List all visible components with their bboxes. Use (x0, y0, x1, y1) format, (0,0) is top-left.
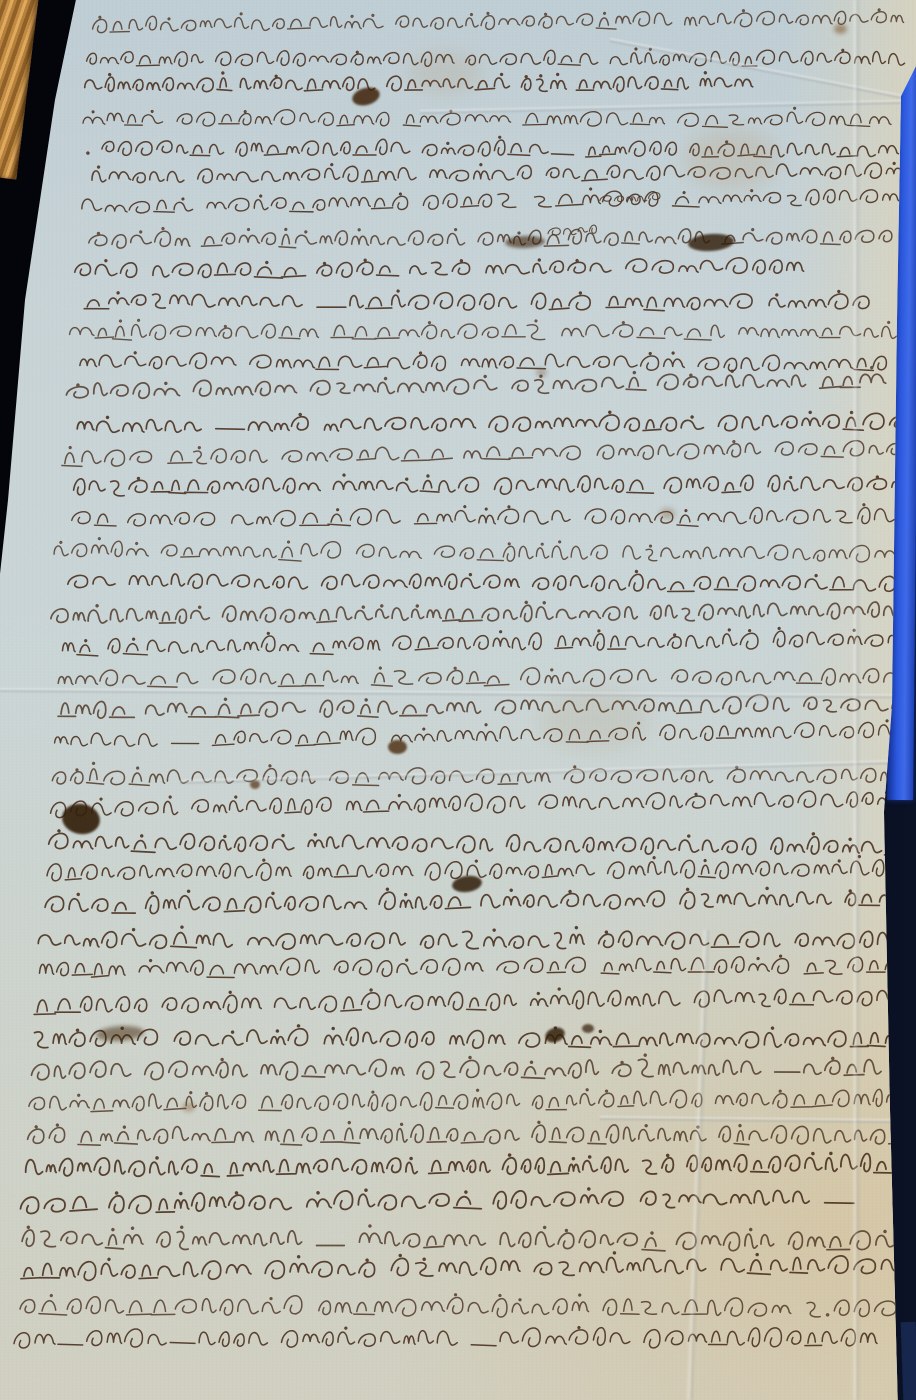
text-line (92, 160, 904, 184)
text-line (89, 224, 892, 249)
manuscript-page (0, 0, 916, 1400)
text-line (21, 1250, 899, 1281)
text-line (70, 319, 897, 340)
interlinear-note (600, 192, 660, 202)
text-line (31, 1053, 881, 1080)
book-binding-edge (0, 0, 39, 180)
text-line (20, 1292, 896, 1318)
text-line (14, 1326, 877, 1349)
text-line (51, 599, 899, 625)
text-line (54, 719, 896, 749)
text-line (87, 48, 905, 66)
text-line (77, 410, 904, 435)
text-line (87, 135, 899, 158)
text-line (72, 504, 895, 529)
text-line (22, 1224, 894, 1252)
text-line (47, 856, 900, 882)
text-line (49, 829, 903, 856)
text-line (83, 106, 891, 127)
text-line (52, 761, 896, 786)
text-line (58, 694, 906, 720)
text-line (82, 184, 899, 214)
text-line (66, 366, 886, 399)
text-line (29, 1087, 903, 1113)
text-line (75, 255, 804, 280)
text-line (39, 955, 905, 979)
text-line (84, 289, 869, 311)
text-line (85, 71, 753, 92)
text-line (38, 926, 894, 949)
text-line (62, 626, 900, 657)
text-line (74, 472, 907, 496)
text-line (68, 569, 895, 593)
text-line (34, 1025, 898, 1050)
manuscript-photo (0, 0, 916, 1400)
text-line (92, 7, 903, 33)
text-line (20, 1184, 854, 1214)
text-line (50, 787, 897, 818)
handwritten-text-layer (0, 0, 916, 1400)
text-line (26, 1152, 908, 1177)
text-line (34, 984, 895, 1015)
text-line (28, 1121, 908, 1145)
text-line (54, 538, 897, 565)
blue-cover-edge-bottom (901, 1322, 916, 1400)
text-line (45, 884, 901, 915)
text-line (58, 666, 905, 687)
text-line (62, 437, 900, 467)
text-line (80, 350, 887, 372)
